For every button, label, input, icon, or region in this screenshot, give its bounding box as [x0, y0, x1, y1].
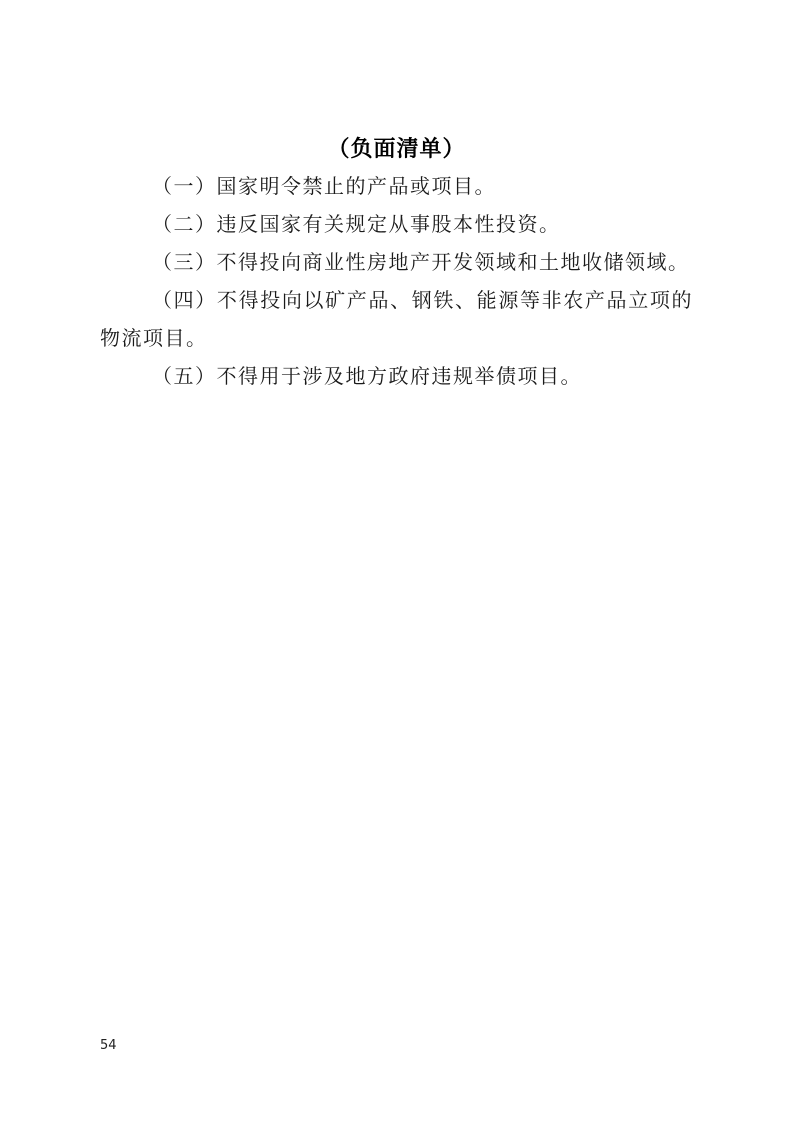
list-item-1: （一）国家明令禁止的产品或项目。 — [100, 168, 693, 206]
list-item-4: （四）不得投向以矿产品、钢铁、能源等非农产品立项的物流项目。 — [100, 282, 693, 358]
list-item-2: （二）违反国家有关规定从事股本性投资。 — [100, 206, 693, 244]
document-title: （负面清单） — [100, 130, 693, 168]
document-body: （负面清单） （一）国家明令禁止的产品或项目。 （二）违反国家有关规定从事股本性… — [100, 130, 693, 396]
document-page: （负面清单） （一）国家明令禁止的产品或项目。 （二）违反国家有关规定从事股本性… — [0, 0, 793, 1122]
page-number: 54 — [100, 1038, 117, 1053]
list-item-5: （五）不得用于涉及地方政府违规举债项目。 — [100, 358, 693, 396]
list-item-3: （三）不得投向商业性房地产开发领域和土地收储领域。 — [100, 244, 693, 282]
